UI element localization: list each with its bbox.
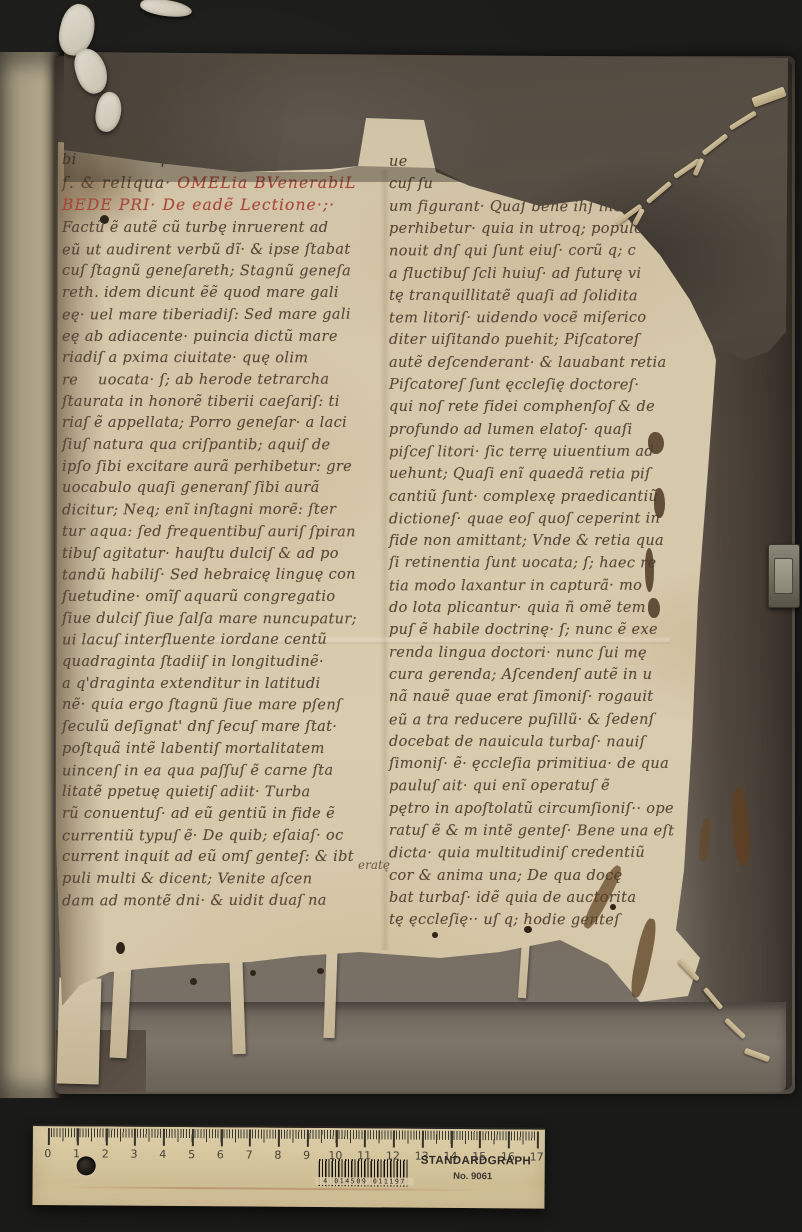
manuscript-text-line: nouit dnſ qui ſunt eiuſ· corũ q; c <box>389 243 636 260</box>
manuscript-text-line: fide non amittant; Vnde & retia qua <box>389 533 664 549</box>
ink-blot <box>648 432 664 454</box>
rubric-line: BEDE PRI· De eadẽ Lectione·;· <box>62 196 335 214</box>
manuscript-text-line: tę tranquillitatẽ quaſi ad ſolidita <box>389 288 638 305</box>
manuscript-text-line: dicitur; Neq; enĩ inſtagni morẽ: ſter <box>62 502 336 519</box>
ruler-cm-tick <box>220 1129 222 1146</box>
manuscript-text-line: currentiũ typuſ ẽ· De quib; eſaiaſ· oc <box>62 827 344 844</box>
ruler-cm-tick <box>192 1129 194 1146</box>
manuscript-text-line: ſtaurata in honorẽ tiberii caeſariſ: ti <box>62 394 340 410</box>
ruler-cm-label: 4 <box>151 1148 175 1161</box>
ruler-cm-label: 0 <box>36 1147 60 1160</box>
manuscript-text-line: a q'draginta extenditur in latitudi <box>62 676 321 692</box>
manuscript-text-line: renda lingua doctori· nunc ſui mę <box>389 644 647 661</box>
ruler-cm-tick <box>249 1130 251 1147</box>
manuscript-text-line: eũ ut audirent verbũ dĩ· & ipse ſtabat <box>62 241 351 258</box>
manuscript-text-line: poſtquã intẽ labentiſ mortalitatem <box>62 741 325 757</box>
manuscript-text-line: nẽ· quia ergo ſtagnũ ſiue mare pſenſ <box>62 697 342 714</box>
ruler-cm-tick <box>422 1131 424 1148</box>
manuscript-text-line: Piſcatoreſ ſunt ęccleſię doctoreſ· <box>389 377 639 394</box>
ruler-cm-tick <box>105 1129 107 1146</box>
manuscript-text-line: riadiſ a pxima ciuitate· quę olim <box>62 350 308 367</box>
wormhole <box>190 978 197 985</box>
manuscript-text-line: ſimoniſ· ẽ· ęccleſia primitiua· de qua <box>389 756 669 772</box>
manuscript-text-line: ſiuſ natura qua criſpantib; aquiſ de <box>62 437 330 454</box>
ruler-cm-label: 7 <box>237 1148 261 1161</box>
manuscript-text-line: dicta· quia multitudiniſ credentiũ <box>389 845 645 862</box>
wormhole <box>432 932 438 938</box>
manuscript-text-line: uocabulo quaſi generanſ ſibi aurã <box>62 480 320 496</box>
manuscript-text-line: pętro in apoſtolatũ circumſioniſ·· ope <box>389 801 674 817</box>
ink-blot <box>645 548 654 592</box>
sewing-cord <box>139 0 193 20</box>
ruler-cm-tick <box>450 1131 452 1148</box>
manuscript-left-column: bi ple ſ. & reliqua· OMELia BVenerabiL B… <box>62 150 394 930</box>
ruler-cm-tick <box>48 1128 50 1145</box>
ruler-cm-tick <box>163 1129 165 1146</box>
manuscript-text-line: ratuſ ẽ & m intẽ genteſ· Bene una eſt <box>389 823 674 840</box>
ruler-cm-tick <box>134 1129 136 1146</box>
manuscript-text-line: puſ ẽ habile doctrinę· ſ; nunc ẽ exe <box>389 622 658 638</box>
manuscript-text-line: rũ conuentuſ· ad eũ gentiũ in fide ẽ <box>62 806 335 822</box>
marginal-note: eratę <box>358 858 390 872</box>
manuscript-text-line: eę· uel mare tiberiadiſ: Sed mare gali <box>62 306 351 323</box>
wormhole <box>250 970 256 976</box>
ruler-cm-tick <box>307 1130 309 1147</box>
manuscript-text-line: current inquit ad eũ omſ genteſ: & ibt <box>62 849 354 865</box>
manuscript-text-line: eũ a tra reducere puſillũ· & ſedenſ <box>389 711 655 728</box>
manuscript-text-line: tibuſ agitatur· hauſtu dulciſ & ad po <box>62 546 339 562</box>
manuscript-photo: bi ple ſ. & reliqua· OMELia BVenerabiL B… <box>0 0 802 1232</box>
manuscript-text-line: quadraginta ſtadiiſ in longitudinẽ· <box>62 654 324 670</box>
manuscript-text-line: eę ab adiacente· puincia dictũ mare <box>62 329 338 345</box>
ruler-cm-tick <box>508 1131 510 1148</box>
facing-flyleaf-page <box>0 52 60 1098</box>
manuscript-text-line: ſuetudine· omĩſ aquarũ congregatio <box>62 589 335 605</box>
manuscript-text-line: riaſ ẽ appellata; Porro geneſar· a laci <box>62 415 347 431</box>
wormhole <box>317 968 324 974</box>
manuscript-text-line: cor & anima una; De qua docę <box>389 868 623 884</box>
metal-clasp-plate <box>774 558 793 594</box>
ruler-cm-label: 6 <box>208 1148 232 1161</box>
metal-clasp <box>768 544 800 608</box>
ink-blot <box>648 598 660 618</box>
manuscript-text-line: tur aqua: ſed frequentibuſ auriſ ſpiran <box>62 523 356 540</box>
manuscript-text-line: dam ad montẽ dni· & uidit duaſ na <box>62 892 327 909</box>
ruler-model-number: No. 9061 <box>421 1171 525 1183</box>
manuscript-text-line: ſiue dulciſ ſiue ſalſa mare nuncupatur; <box>62 610 357 627</box>
wormhole <box>116 942 125 954</box>
manuscript-text-line: do lota plicantur· quia ñ omẽ tem <box>389 600 646 616</box>
ruler-brand-block: STANDARDGRAPH No. 9061 <box>421 1155 525 1183</box>
manuscript-text-line: cuſ ſtagnũ geneſareth; Stagnũ geneſa <box>62 263 351 280</box>
ruler-cm-tick <box>335 1130 337 1147</box>
manuscript-text-line: pauluſ ait· qui enĩ operatuſ ẽ <box>389 778 610 795</box>
manuscript-text-line: nã nauẽ quae erat ſimoniſ· rogauit <box>389 689 654 705</box>
manuscript-text-line: litatẽ ppetuę quietiſ adiit· Turba <box>62 784 311 801</box>
ruler-brand-name: STANDARDGRAPH <box>421 1155 525 1168</box>
ruler-cm-tick <box>278 1130 280 1147</box>
ink-blot <box>654 488 665 518</box>
ruler-cm-tick <box>364 1130 366 1147</box>
manuscript-text-line: uincenſ in ea qua paſſuſ ẽ carne ſta <box>62 762 334 779</box>
ruler-hang-hole <box>77 1156 96 1175</box>
manuscript-text-line: qui noſ rete fidei comphenſoſ & de <box>389 399 655 415</box>
manuscript-text-line: ipſo ſibi excitare aurã perhibetur: gre <box>62 459 352 475</box>
manuscript-text-line: tandũ habiliſ· Sed hebraicę linguę con <box>62 567 356 584</box>
ruler-cm-tick <box>77 1128 79 1145</box>
manuscript-text-line: docebat de nauicula turbaſ· nauiſ <box>389 734 645 751</box>
manuscript-text-line: ui lacuſ interfluente iordane centũ <box>62 632 327 649</box>
ruler: 01234567891011121314151617 4 014509 0111… <box>32 1124 545 1209</box>
ruler-cm-tick <box>537 1132 539 1149</box>
manuscript-text-line: diter uiſitando puehit; Piſcatoreſ <box>389 332 640 348</box>
cover-bottom-leather <box>70 1002 786 1092</box>
ruler-wood-grain <box>63 1186 483 1191</box>
manuscript-text-line: puli multi & dicent; Venite aſcen <box>62 871 312 888</box>
manuscript-text-line: reth. idem dicunt ẽẽ quod mare gali <box>62 285 339 301</box>
ruler-cm-tick <box>393 1131 395 1148</box>
ruler-cm-label: 3 <box>122 1148 146 1161</box>
manuscript-text-line: ſi retinentia ſunt uocata; ſ; haec re <box>389 555 657 572</box>
manuscript-text-line: cantiũ ſunt· complexę praedicantiũ <box>389 489 658 505</box>
manuscript-text-line: a fluctibuſ ſcli huiuſ· ad futurę vi <box>389 266 641 282</box>
manuscript-text-line: autẽ deſcenderant· & lauabant retia <box>389 355 666 371</box>
barcode-digits: 4 014509 011197 <box>316 1177 414 1186</box>
manuscript-text-line: tia modo laxantur in capturã· mo <box>389 577 642 594</box>
wormhole <box>100 215 109 224</box>
manuscript-text-line: piſceſ litori· ſic terrę uiuentium ad <box>389 444 654 461</box>
ruler-cm-tick <box>479 1131 481 1148</box>
manuscript-text-line: re uocata· ſ; ab herode tetrarcha <box>62 372 329 389</box>
manuscript-text-line: perhibetur· quia in utroq; populo <box>389 221 643 237</box>
wormhole <box>524 926 532 933</box>
wormhole <box>610 904 616 910</box>
manuscript-text-line: ſeculũ deſignat' dnſ ſecuſ mare ſtat· <box>62 719 337 735</box>
ruler-cm-label: 8 <box>266 1149 290 1162</box>
ruler-cm-label: 5 <box>180 1148 204 1161</box>
manuscript-text-line: tem litoriſ· uidendo vocẽ miſerico <box>389 310 646 327</box>
manuscript-text-line: cura gerenda; Aſcendenſ autẽ in u <box>389 667 652 683</box>
ruler-halfcm-ticks <box>48 1128 538 1144</box>
manuscript-text-line: dictioneſ· quae eoſ quoſ ceperint in <box>389 510 660 527</box>
manuscript-text-line: profundo ad lumen elatoſ· quaſi <box>389 422 633 438</box>
manuscript-text-line: uehunt; Quaſi enĩ quaedã retia piſ <box>389 466 651 483</box>
ruler-cm-label: 9 <box>295 1149 319 1162</box>
ruler-cm-label: 2 <box>93 1147 117 1160</box>
